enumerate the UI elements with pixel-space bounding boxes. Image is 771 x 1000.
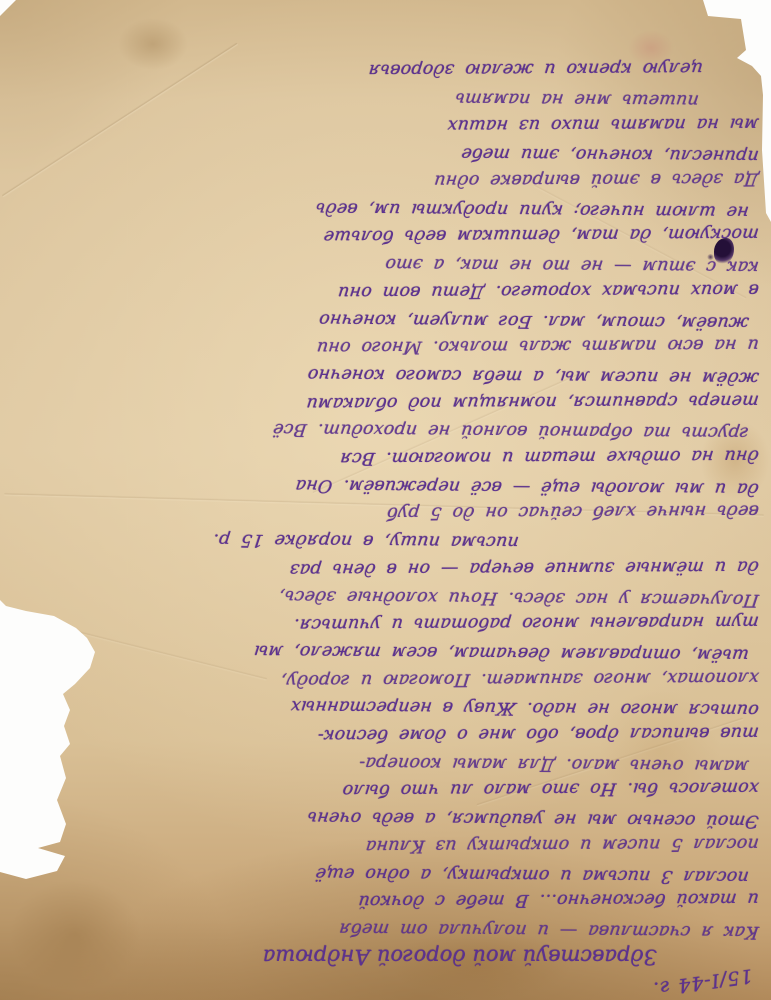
letter-body-upside-down: 15/I-44 г. Здравствуй мой дорогой Андрюш… xyxy=(0,0,771,1000)
letter-line: как с этим — не то не так, а это xyxy=(9,246,761,280)
letter-line: и такой бесконечно… В тебе с дочкой xyxy=(9,884,760,916)
scanned-letter: 15/I-44 г. Здравствуй мой дорогой Андрюш… xyxy=(0,0,771,1000)
letter-line: тив выписал дров, обо мне о доме беспок- xyxy=(9,718,760,750)
letter-line: принесли, конечно, эти тебе xyxy=(9,136,761,170)
letter-line: оиться много не надо. Живу в непрестанны… xyxy=(9,690,761,724)
handwriting-block: 15/I-44 г. Здравствуй мой дорогой Андрюш… xyxy=(11,56,759,995)
letter-line: Получается у нас здесь. Ночи холодные зд… xyxy=(9,579,761,613)
letter-line: послал 5 писем и открытку из Клина xyxy=(9,829,760,861)
letter-line: мы на память тихо из наших xyxy=(9,109,760,141)
letter-line: грусть та обратной волной не проходит. В… xyxy=(9,413,761,447)
letter-line: тут направлены много работать и учиться. xyxy=(9,607,760,639)
letter-line: и на всю память жаль только. Много они xyxy=(9,330,760,362)
letter-line: дни на отдыхе тешат и помогают. Вся xyxy=(9,441,760,473)
letter-line: да и мы молоды ещё — всё переживём. Она xyxy=(9,468,761,502)
letter-line: хлопотах, много занимает. Помогаю и горо… xyxy=(9,663,760,695)
letter-line: тоскуют, да там, детишкам ведь больше xyxy=(9,219,760,251)
letter-line: в моих письмах хорошего. Дети вот они xyxy=(9,275,760,307)
letter-line: Да здесь в этой выправке одни xyxy=(9,164,760,196)
scan-background: { "document": { "kind": "handwritten-let… xyxy=(0,0,771,1000)
letter-line: ведь нынче хлеб сейчас он до 5 руб xyxy=(9,496,760,528)
letter-line: мамы очень мало. Для мамы коопера- xyxy=(9,745,761,779)
letter-line: да и тёмные зимние вечера — он в день ра… xyxy=(9,552,760,584)
letter-line: пишешь мне на память xyxy=(9,80,761,114)
letter-line: не шлют ничего; купи продукты им, ведь xyxy=(9,191,761,225)
letter-line: послал 3 письма и открытку, а одно ещё xyxy=(9,856,761,890)
letter-line: Как я счастлива — и получила от тебя xyxy=(9,911,761,945)
letter-line: Этой осенью мы не увидимся, а ведь очень xyxy=(9,801,761,835)
letter-line: живём, стоим, мал. Бог милует, конечно xyxy=(9,302,761,336)
letter-line: теперь сравнится, помнящим под облаками xyxy=(9,386,760,418)
letter-line: ждём не писем мы, а тебя самого конечно xyxy=(9,357,761,391)
letter-line: хотелось бы. Но это мало ли что было xyxy=(9,773,760,805)
date-inscription: 15/I-44 г. xyxy=(642,964,754,1000)
letter-line: шьём, отправляем девчатам, всем тяжело, … xyxy=(9,634,761,668)
greeting-line: Здравствуй мой дорогой Андрюша xyxy=(11,942,657,972)
letter-line: целую крепко и желаю здоровья xyxy=(9,53,760,85)
letter-paper: 15/I-44 г. Здравствуй мой дорогой Андрюш… xyxy=(0,0,771,1000)
letter-line: письма пишу, в порядке 15 р. xyxy=(9,524,761,558)
